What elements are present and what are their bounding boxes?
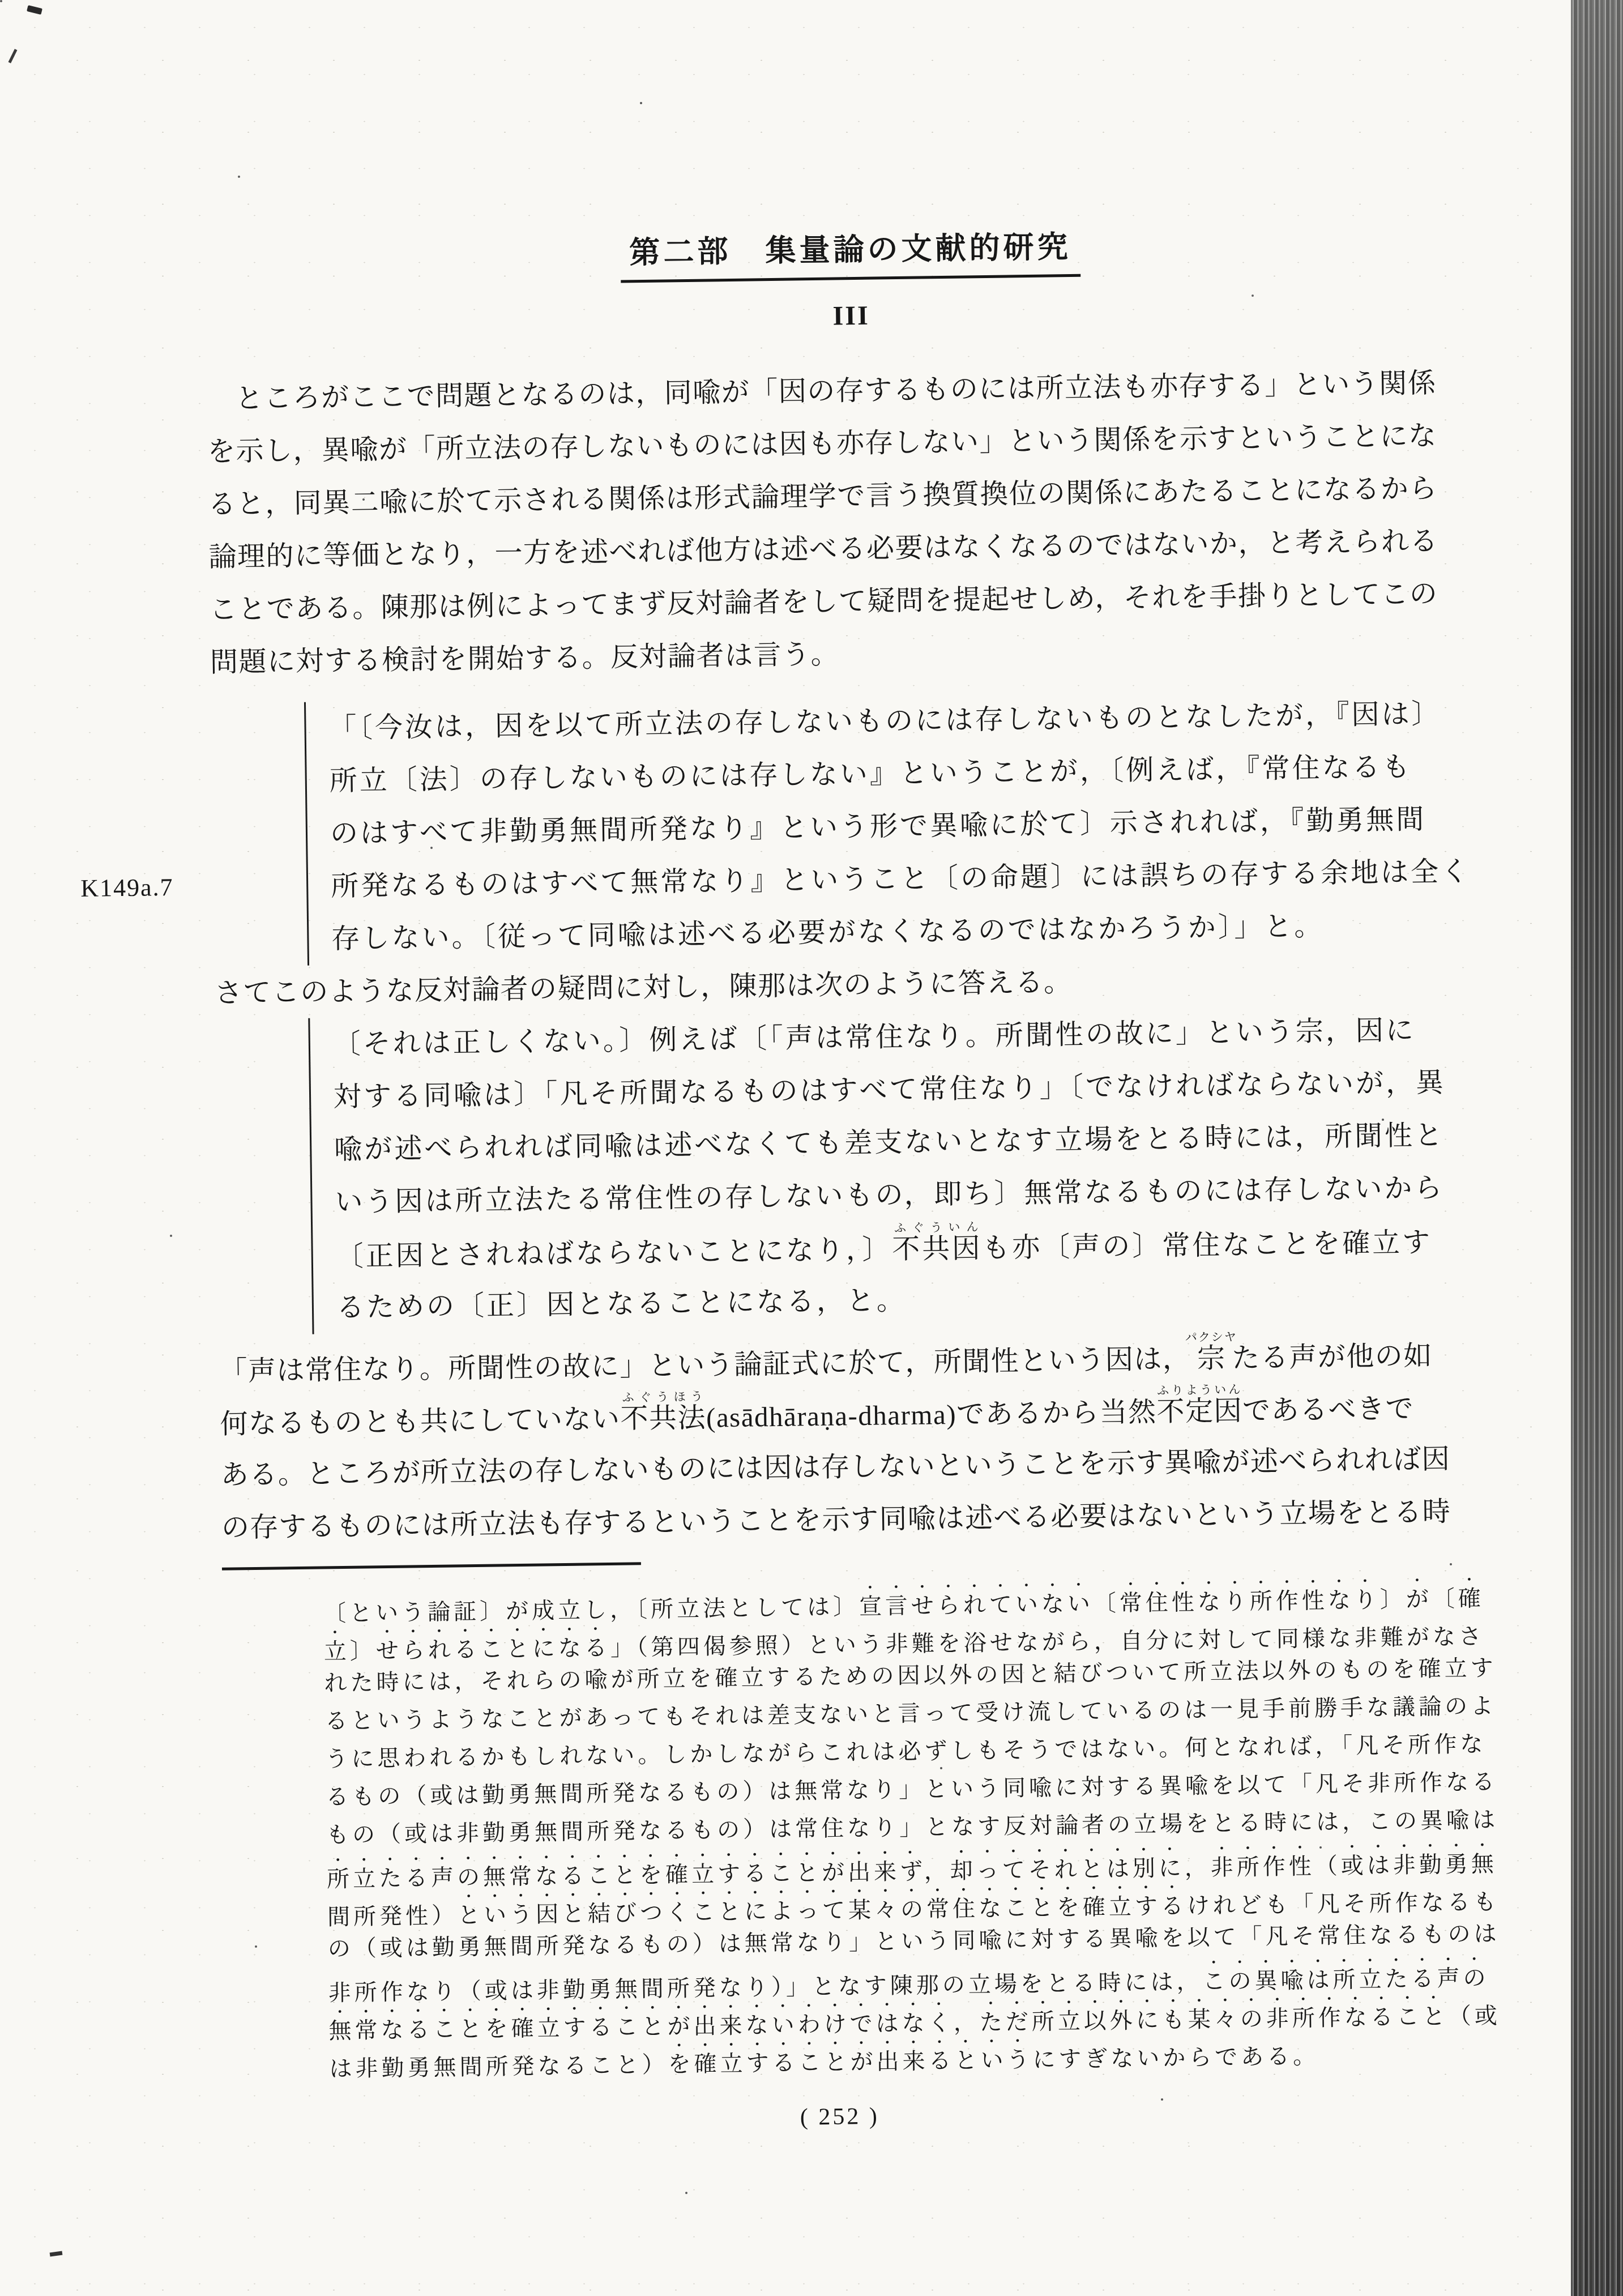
text-run: 「声は常住なり。所聞性の故に」という論証式に於て，所聞性という因は， [219,1343,1191,1386]
ruby-term: 不共因ふぐういん [892,1232,983,1265]
margin-reference-label: K149a.7 [80,861,174,915]
ruby-annotation: ふぐうほう [620,1390,706,1405]
ruby-annotation: ふりよういん [1156,1382,1242,1397]
text-run: 〔それは正しくない。〕例えば〔「声は常住なり。所聞性の故に」という宗，因に [333,1014,1416,1060]
emphasized-text: 宣言せられていない [859,1591,1094,1619]
text-run: 〔正因とされねばならないことになり，〕 [335,1234,892,1272]
ruby-term: 不共法ふぐうほう [620,1402,706,1435]
text-run: (asādhāraṇa-dharma)であるから当然 [706,1396,1157,1433]
ruby-term: 宗パクシヤ [1191,1342,1232,1374]
text-run: 喩が述べられれば同喩は述べなくても差支ないとなす立場をとる時には，所聞性と [334,1120,1445,1166]
section-number: III [206,292,1497,340]
text-run: ことである。陳那は例によってまず反対論者をして疑問を提起せしめ，それを手掛りとし… [209,578,1438,625]
text-run: を示し，異喩が「所立法の存しないものには因も亦存しない」という関係を示すというこ… [207,420,1437,467]
quote-block-2: 〔それは正しくない。〕例えば〔「声は常住なり。所聞性の故に」という宗，因に対する… [308,1002,1510,1334]
scanned-book-page: 第二部 集量論の文献的研究 III ところがここで問題となるのは，同喩が「因の存… [0,0,1623,2296]
text-run: 所立〔法〕の存しないものには存しない』ということが，〔例えば，『常住なるも [329,751,1412,796]
footnote-block: 〔という論証〕が成立し，〔所立法としては〕宣言せられていない〔常住性なり所作性な… [323,1573,1519,2081]
emphasized-text: 立〕せられることになる」 [324,1634,637,1664]
chapter-title: 第二部 集量論の文献的研究 [620,223,1080,283]
page-number: ( 252 ) [194,2095,1485,2139]
quote-2-text: 〔それは正しくない。〕例えば〔「声は常住なり。所聞性の故に」という宗，因に対する… [332,1002,1510,1334]
text-run: の存するものには所立法も存するということを示す同喩は述べる必要はないという立場を… [221,1496,1451,1543]
quote-block-1: K149a.7 「〔今汝は，因を以て所立法の存しないものには存しないものとなした… [304,686,1505,966]
text-run: は非勤勇無間所発なること） [329,2052,668,2082]
text-run: のはすべて非勤勇無間所発なり』という形で異喩に於て〕示されれば，『勤勇無間 [330,804,1426,849]
text-run: （或 [1448,2003,1501,2029]
text-run: であるべきで [1242,1393,1415,1426]
text-run: 問題に対する検討を開始する。反対論者は言う。 [210,638,840,678]
page-content: 第二部 集量論の文献的研究 III ところがここで問題となるのは，同喩が「因の存… [202,0,1521,2139]
chapter-header: 第二部 集量論の文献的研究 [204,217,1496,288]
text-run: さてこのような反対論者の疑問に対し，陳那は次のように答える。 [214,966,1073,1009]
text-run: たる声が他の如 [1232,1340,1432,1374]
scan-corner-mark [27,5,42,15]
text-run: けれども「凡そ所作なるも [1187,1889,1500,1918]
text-run: 〔 [1094,1590,1120,1616]
text-run: 間所発性） [327,1902,458,1930]
ruby-annotation: ふぐういん [892,1220,982,1235]
footnote-separator [222,1562,641,1571]
emphasized-text: この異喩は所立たる声の [1202,1965,1489,1995]
text-run: るための〔正〕因となることになる，と。 [336,1284,907,1323]
text-run: も亦〔声の〕常住なことを確立す [982,1227,1433,1264]
paragraph-3: 「声は常住なり。所聞性の故に」という論証式に於て，所聞性という因は，宗パクシヤた… [219,1326,1513,1554]
text-run: ある。ところが所立法の存しないものには因は存しないということを示す異喩が述べられ… [220,1443,1450,1490]
text-run: 対する同喩は〕「凡そ所聞なるものはすべて常住なり」〔でなければならないが，異 [334,1067,1446,1113]
text-run: 存しない。〔従って同喩は述べる必要がなくなるのではなかろうか〕」と。 [331,910,1325,954]
text-run: 「〔今汝は，因を以て所立法の存しないものには存しないものとなしたが，『因は〕 [328,698,1442,744]
scan-corner-mark [50,2251,63,2257]
ruby-annotation: パクシヤ [1185,1330,1237,1344]
text-run: いう因は所立法たる常住性の存しないもの，即ち〕無常なるものには存しないから [335,1172,1445,1218]
text-run: ところがここで問題となるのは，同喩が「因の存するものには所立法も亦存する」という… [207,368,1437,415]
text-run: にすぎないからである。 [1032,2043,1319,2073]
paragraph-1: ところがここで問題となるのは，同喩が「因の存するものには所立法も亦存する」という… [206,356,1501,689]
emphasized-text: を確立することが出来るという [668,2047,1033,2077]
text-run: 論理的に等価となり，一方を述べれば他方は述べる必要はなくなるのではないか，と考え… [208,526,1438,573]
text-run: ， [953,2009,980,2035]
scan-speckle-noise [0,0,2,2]
text-run: ると，同異二喩に於て示される関係は形式論理学で言う換質換位の関係にあたることにな… [208,473,1438,520]
quote-1-text: 「〔今汝は，因を以て所立法の存しないものには存しないものとなしたが，『因は〕所立… [328,686,1505,965]
ruby-term: 不定因ふりよういん [1156,1395,1242,1427]
text-run: 何なるものとも共にしていない [220,1403,621,1440]
scan-edge-artifact [1571,0,1623,2296]
text-run: 所発なるものはすべて無常なり』ということ〔の命題〕には誤ちの存する余地は全く [331,856,1471,902]
scan-corner-mark [8,49,18,63]
